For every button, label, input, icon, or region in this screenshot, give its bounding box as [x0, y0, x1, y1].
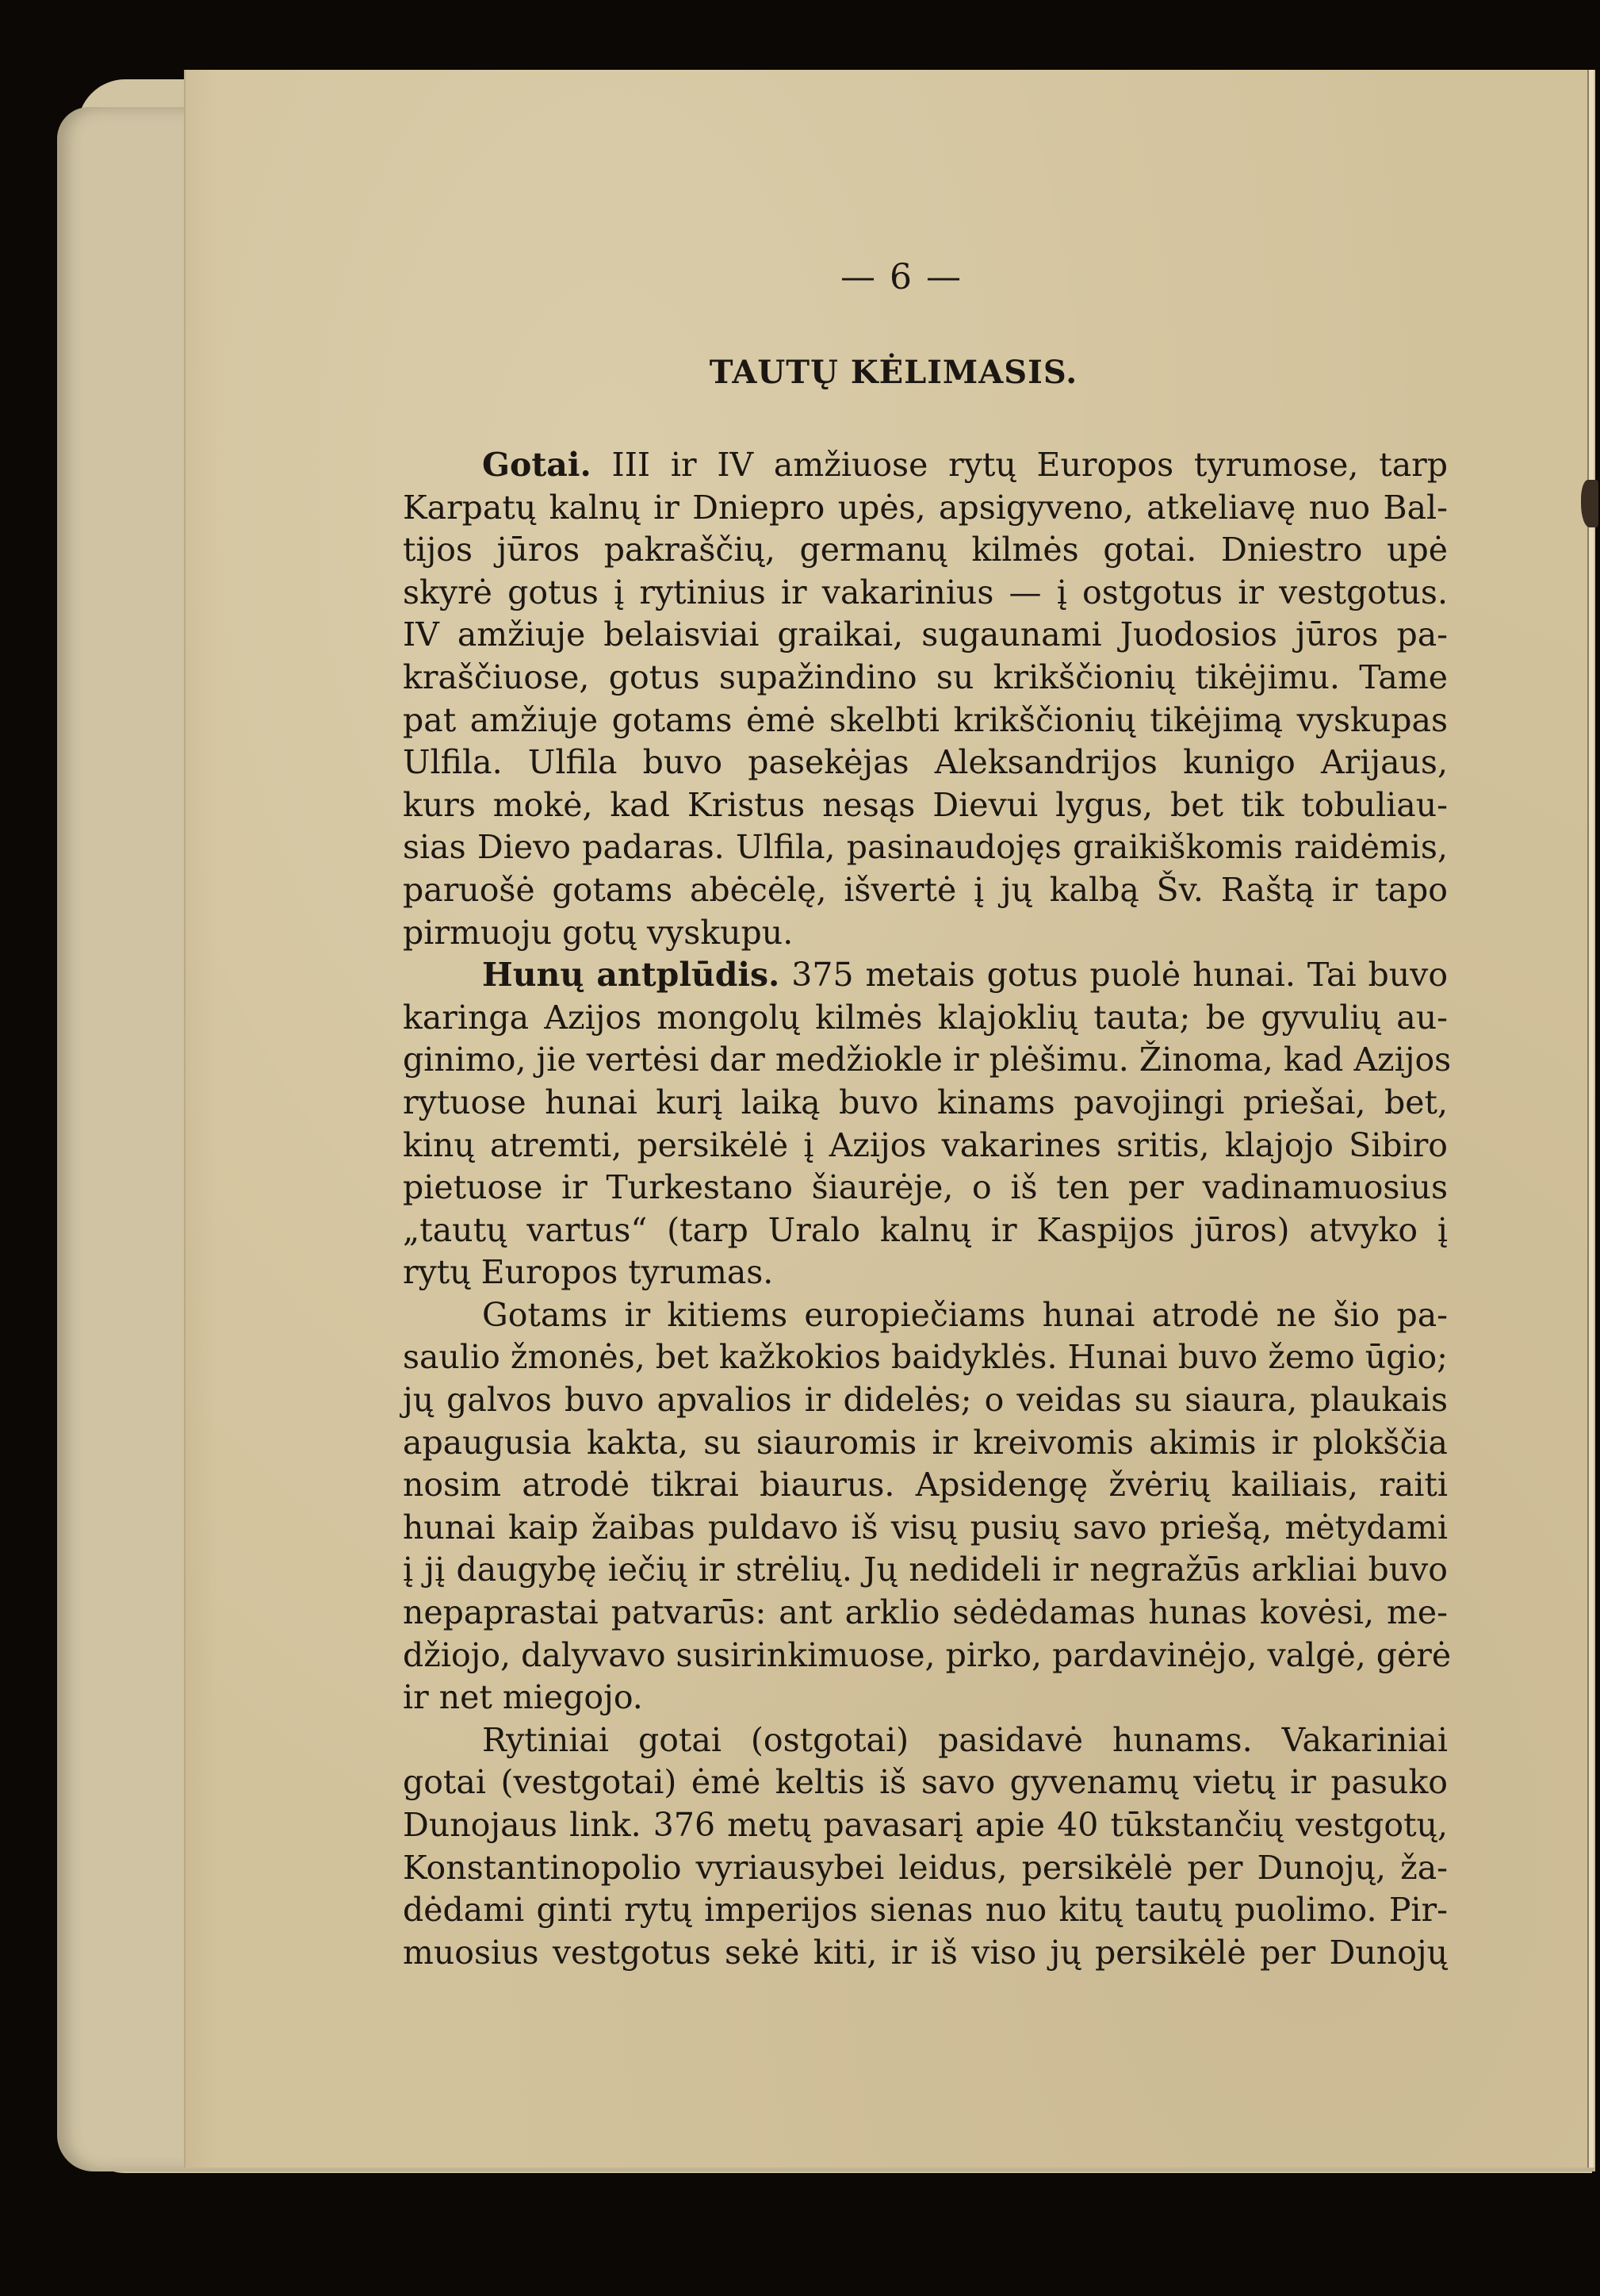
page-edge [1587, 70, 1594, 2168]
section-heading-gotai: Gotai. [482, 446, 591, 484]
text-line: Karpatų kalnų ir Dniepro upės, apsigyven… [403, 487, 1448, 530]
text-line: gotai (vestgotai) ėmė keltis iš savo gyv… [403, 1761, 1448, 1804]
text-line: nosim atrodė tikrai biaurus. Apsidengę ž… [403, 1464, 1448, 1507]
chapter-title: TAUTŲ KĖLIMASIS. [339, 349, 1448, 397]
text-line: kraščiuose, gotus supažindino su krikšči… [403, 657, 1448, 700]
text-line: nepaprastai patvarūs: ant arklio sėdėdam… [403, 1592, 1448, 1635]
page-number: — 6 — [355, 254, 1448, 301]
text-line: karinga Azijos mongolų kilmės klajoklių … [403, 997, 1448, 1040]
text-line: muosius vestgotus sekė kiti, ir iš viso … [403, 1932, 1448, 1975]
text-line: pat amžiuje gotams ėmė skelbti krikščion… [403, 700, 1448, 742]
text-line: tijos jūros pakraščių, germanų kilmės go… [403, 529, 1448, 572]
text-line: „tautų vartus“ (tarp Uralo kalnų ir Kasp… [403, 1209, 1448, 1252]
paragraph-gotai: Gotai. III ir IV amžiuose rytų Europos t… [403, 444, 1448, 954]
text-line: ir net miegojo. [403, 1677, 1448, 1719]
text-line: Rytiniai gotai (ostgotai) pasidavė hunam… [403, 1719, 1448, 1762]
text-line: kinų atremti, persikėlė į Azijos vakarin… [403, 1125, 1448, 1167]
paragraph-hun-description: Gotams ir kitiems europiečiams hunai atr… [403, 1294, 1448, 1719]
text-line: apaugusia kakta, su siauromis ir kreivom… [403, 1422, 1448, 1465]
text-line: hunai kaip žaibas puldavo iš visų pusių … [403, 1507, 1448, 1550]
text-line: ginimo, jie vertėsi dar medžiokle ir plė… [403, 1039, 1448, 1082]
text-line: sias Dievo padaras. Ulfila, pasinaudojęs… [403, 826, 1448, 869]
text-line: rytuose hunai kurį laiką buvo kinams pav… [403, 1082, 1448, 1125]
text-line: IV amžiuje belaisviai graikai, sugaunami… [403, 614, 1448, 657]
text-line: saulio žmonės, bet kažkokios baidyklės. … [403, 1336, 1448, 1379]
paragraph-hunu-antpludis: Hunų antplūdis. 375 metais gotus puolė h… [403, 954, 1448, 1294]
text-line: Hunų antplūdis. 375 metais gotus puolė h… [403, 954, 1448, 997]
paragraph-gothic-migration: Rytiniai gotai (ostgotai) pasidavė hunam… [403, 1719, 1448, 1975]
text-line: į jį daugybę iečių ir strėlių. Jų nedide… [403, 1549, 1448, 1592]
text-line: Ulfila. Ulfila buvo pasekėjas Aleksandri… [403, 742, 1448, 784]
text-line: džiojo, dalyvavo susirinkimuose, pirko, … [403, 1635, 1448, 1677]
section-heading-hunu-antpludis: Hunų antplūdis. [482, 956, 779, 994]
text-line: Gotams ir kitiems europiečiams hunai atr… [403, 1294, 1448, 1337]
page-text-block: — 6 — TAUTŲ KĖLIMASIS. Gotai. III ir IV … [403, 254, 1448, 1974]
text-line: rytų Europos tyrumas. [403, 1251, 1448, 1294]
torn-edge-mark [1581, 480, 1598, 527]
text-line: skyrė gotus į rytinius ir vakarinius — į… [403, 572, 1448, 615]
text-line: jų galvos buvo apvalios ir didelės; o ve… [403, 1379, 1448, 1422]
text-line: dėdami ginti rytų imperijos sienas nuo k… [403, 1889, 1448, 1932]
text-line: pietuose ir Turkestano šiaurėje, o iš te… [403, 1167, 1448, 1209]
body-text: Gotai. III ir IV amžiuose rytų Europos t… [403, 444, 1448, 1974]
text-line: Gotai. III ir IV amžiuose rytų Europos t… [403, 444, 1448, 487]
text-line: Dunojaus link. 376 metų pavasarį apie 40… [403, 1804, 1448, 1847]
text-line: Konstantinopolio vyriausybei leidus, per… [403, 1847, 1448, 1890]
text-line: pirmuoju gotų vyskupu. [403, 912, 1448, 955]
text-line: kurs mokė, kad Kristus nesąs Dievui lygu… [403, 784, 1448, 827]
text-line: paruošė gotams abėcėlę, išvertė į jų kal… [403, 869, 1448, 912]
